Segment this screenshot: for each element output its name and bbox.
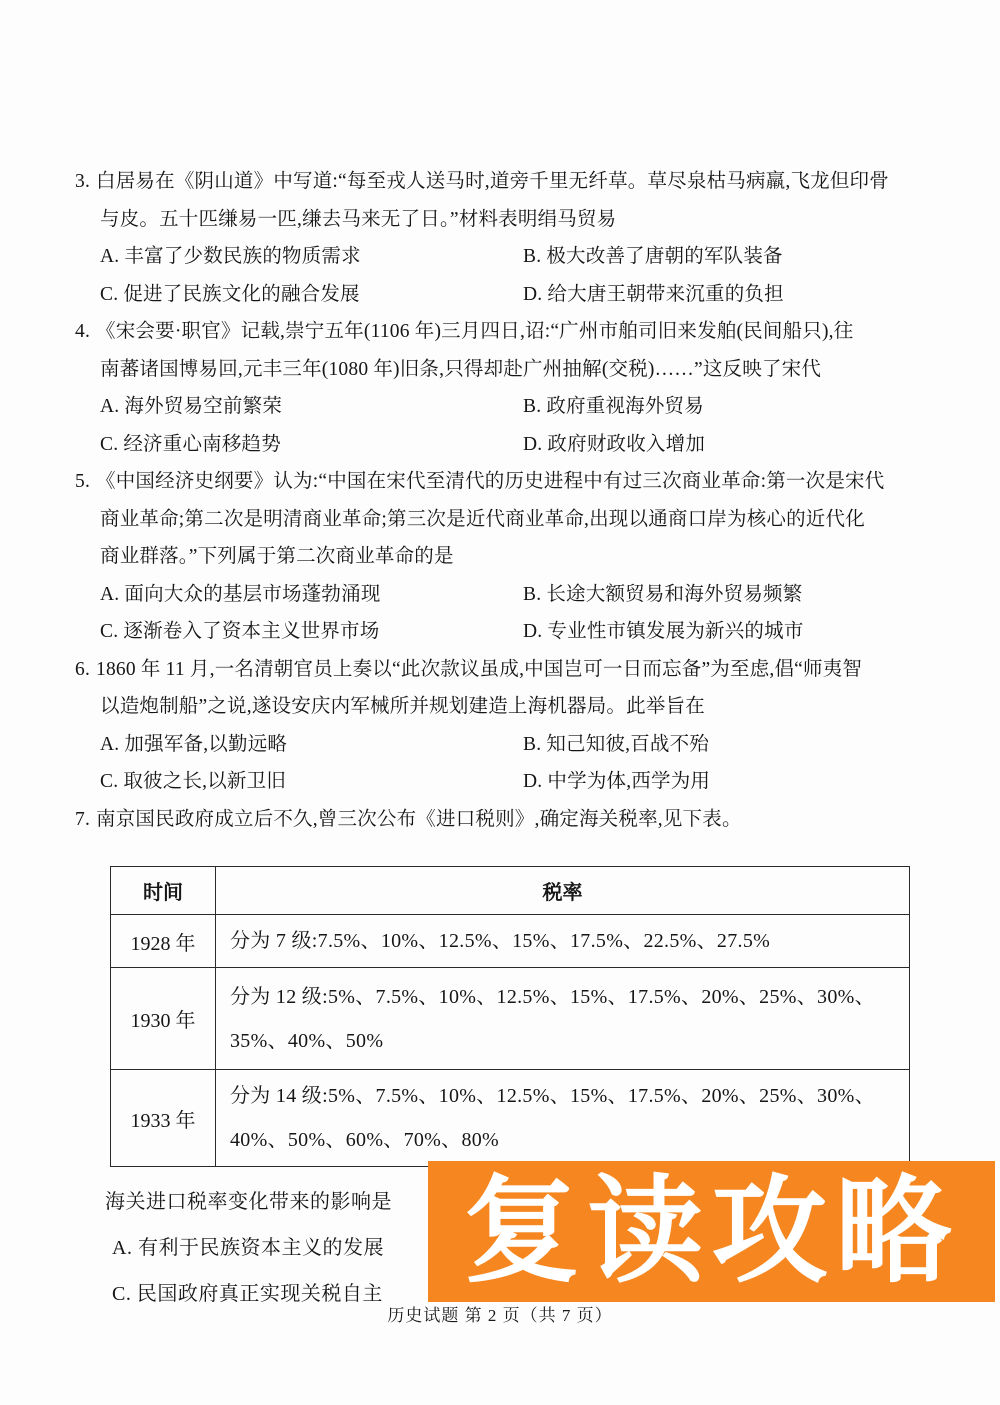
- question-text-line: 5.《中国经济史纲要》认为:“中国在宋代至清代的历史进程中有过三次商业革命:第一…: [60, 463, 940, 501]
- question-text-line: 与皮。五十匹缣易一匹,缣去马来无了日。”材料表明绢马贸易: [60, 201, 940, 239]
- question-text-line: 7.南京国民政府成立后不久,曾三次公布《进口税则》,确定海关税率,见下表。: [60, 801, 940, 839]
- table-header-row: 时间 税率: [111, 867, 910, 915]
- options-row: C. 经济重心南移趋势 D. 政府财政收入增加: [60, 426, 940, 464]
- question-text-line: 以造炮制船”之说,遂设安庆内军械所并规划建造上海机器局。此举旨在: [60, 688, 940, 726]
- options-row: C. 取彼之长,以新卫旧 D. 中学为体,西学为用: [60, 763, 940, 801]
- year-cell: 1930 年: [111, 968, 216, 1070]
- table-header-time: 时间: [111, 867, 216, 915]
- question-number: 3.: [75, 171, 90, 192]
- question-3: 3.白居易在《阴山道》中写道:“每至戎人送马时,道旁千里无纤草。草尽泉枯马病羸,…: [60, 163, 940, 313]
- question-5: 5.《中国经济史纲要》认为:“中国在宋代至清代的历史进程中有过三次商业革命:第一…: [60, 463, 940, 651]
- question-text-line: 6.1860 年 11 月,一名清朝官员上奏以“此次款议虽成,中国岂可一日而忘备…: [60, 651, 940, 689]
- option-a: A. 面向大众的基层市场蓬勃涌现: [100, 576, 523, 614]
- option-b: B. 知己知彼,百战不殆: [523, 726, 940, 764]
- page-footer: 历史试题 第 2 页（共 7 页）: [0, 1301, 1000, 1326]
- option-a: A. 加强军备,以勤远略: [100, 726, 523, 764]
- question-number: 5.: [75, 471, 90, 492]
- table-row: 1930 年 分为 12 级:5%、7.5%、10%、12.5%、15%、17.…: [111, 968, 910, 1070]
- options-row: C. 促进了民族文化的融合发展 D. 给大唐王朝带来沉重的负担: [60, 276, 940, 314]
- option-c: C. 促进了民族文化的融合发展: [100, 276, 523, 314]
- options-row: C. 逐渐卷入了资本主义世界市场 D. 专业性市镇发展为新兴的城市: [60, 613, 940, 651]
- options-row: A. 面向大众的基层市场蓬勃涌现 B. 长途大额贸易和海外贸易频繁: [60, 576, 940, 614]
- question-text-line: 商业革命;第二次是明清商业革命;第三次是近代商业革命,出现以通商口岸为核心的近代…: [60, 501, 940, 539]
- questions-area: 3.白居易在《阴山道》中写道:“每至戎人送马时,道旁千里无纤草。草尽泉枯马病羸,…: [60, 163, 940, 1317]
- option-b: B. 极大改善了唐朝的军队装备: [523, 238, 940, 276]
- question-text-line: 3.白居易在《阴山道》中写道:“每至戎人送马时,道旁千里无纤草。草尽泉枯马病羸,…: [60, 163, 940, 201]
- option-d: D. 给大唐王朝带来沉重的负担: [523, 276, 940, 314]
- watermark-banner: 复读攻略: [428, 1161, 995, 1302]
- question-4: 4.《宋会要·职官》记载,崇宁五年(1106 年)三月四日,诏:“广州市舶司旧来…: [60, 313, 940, 463]
- option-d: D. 专业性市镇发展为新兴的城市: [523, 613, 940, 651]
- option-a: A. 海外贸易空前繁荣: [100, 388, 523, 426]
- question-text-line: 4.《宋会要·职官》记载,崇宁五年(1106 年)三月四日,诏:“广州市舶司旧来…: [60, 313, 940, 351]
- option-c: C. 经济重心南移趋势: [100, 426, 523, 464]
- exam-page: 3.白居易在《阴山道》中写道:“每至戎人送马时,道旁千里无纤草。草尽泉枯马病羸,…: [0, 0, 1000, 1405]
- rate-cell: 分为 12 级:5%、7.5%、10%、12.5%、15%、17.5%、20%、…: [216, 968, 910, 1070]
- option-b: B. 长途大额贸易和海外贸易频繁: [523, 576, 940, 614]
- options-row: A. 加强军备,以勤远略 B. 知己知彼,百战不殆: [60, 726, 940, 764]
- rate-cell: 分为 7 级:7.5%、10%、12.5%、15%、17.5%、22.5%、27…: [216, 915, 910, 968]
- table-row: 1928 年 分为 7 级:7.5%、10%、12.5%、15%、17.5%、2…: [111, 915, 910, 968]
- question-text: 1860 年 11 月,一名清朝官员上奏以“此次款议虽成,中国岂可一日而忘备”为…: [96, 659, 862, 680]
- question-6: 6.1860 年 11 月,一名清朝官员上奏以“此次款议虽成,中国岂可一日而忘备…: [60, 651, 940, 801]
- tariff-table: 时间 税率 1928 年 分为 7 级:7.5%、10%、12.5%、15%、1…: [110, 866, 910, 1167]
- table-row: 1933 年 分为 14 级:5%、7.5%、10%、12.5%、15%、17.…: [111, 1070, 910, 1167]
- options-row: A. 丰富了少数民族的物质需求 B. 极大改善了唐朝的军队装备: [60, 238, 940, 276]
- rate-cell: 分为 14 级:5%、7.5%、10%、12.5%、15%、17.5%、20%、…: [216, 1070, 910, 1167]
- question-text-line: 商业群落。”下列属于第二次商业革命的是: [60, 538, 940, 576]
- option-b: B. 政府重视海外贸易: [523, 388, 940, 426]
- question-text: 白居易在《阴山道》中写道:“每至戎人送马时,道旁千里无纤草。草尽泉枯马病羸,飞龙…: [96, 171, 889, 192]
- options-row: A. 海外贸易空前繁荣 B. 政府重视海外贸易: [60, 388, 940, 426]
- table-header-rate: 税率: [216, 867, 910, 915]
- question-text: 《中国经济史纲要》认为:“中国在宋代至清代的历史进程中有过三次商业革命:第一次是…: [96, 471, 884, 492]
- question-text-line: 南蕃诸国博易回,元丰三年(1080 年)旧条,只得却赴广州抽解(交税)……”这反…: [60, 351, 940, 389]
- question-number: 7.: [75, 809, 90, 830]
- option-d: D. 中学为体,西学为用: [523, 763, 940, 801]
- watermark-text: 复读攻略: [464, 1174, 960, 1290]
- question-text: 《宋会要·职官》记载,崇宁五年(1106 年)三月四日,诏:“广州市舶司旧来发舶…: [96, 321, 853, 342]
- option-d: D. 政府财政收入增加: [523, 426, 940, 464]
- question-number: 6.: [75, 659, 90, 680]
- option-a: A. 丰富了少数民族的物质需求: [100, 238, 523, 276]
- year-cell: 1928 年: [111, 915, 216, 968]
- question-text: 南京国民政府成立后不久,曾三次公布《进口税则》,确定海关税率,见下表。: [96, 809, 742, 830]
- question-number: 4.: [75, 321, 90, 342]
- option-c: C. 取彼之长,以新卫旧: [100, 763, 523, 801]
- year-cell: 1933 年: [111, 1070, 216, 1167]
- option-c: C. 逐渐卷入了资本主义世界市场: [100, 613, 523, 651]
